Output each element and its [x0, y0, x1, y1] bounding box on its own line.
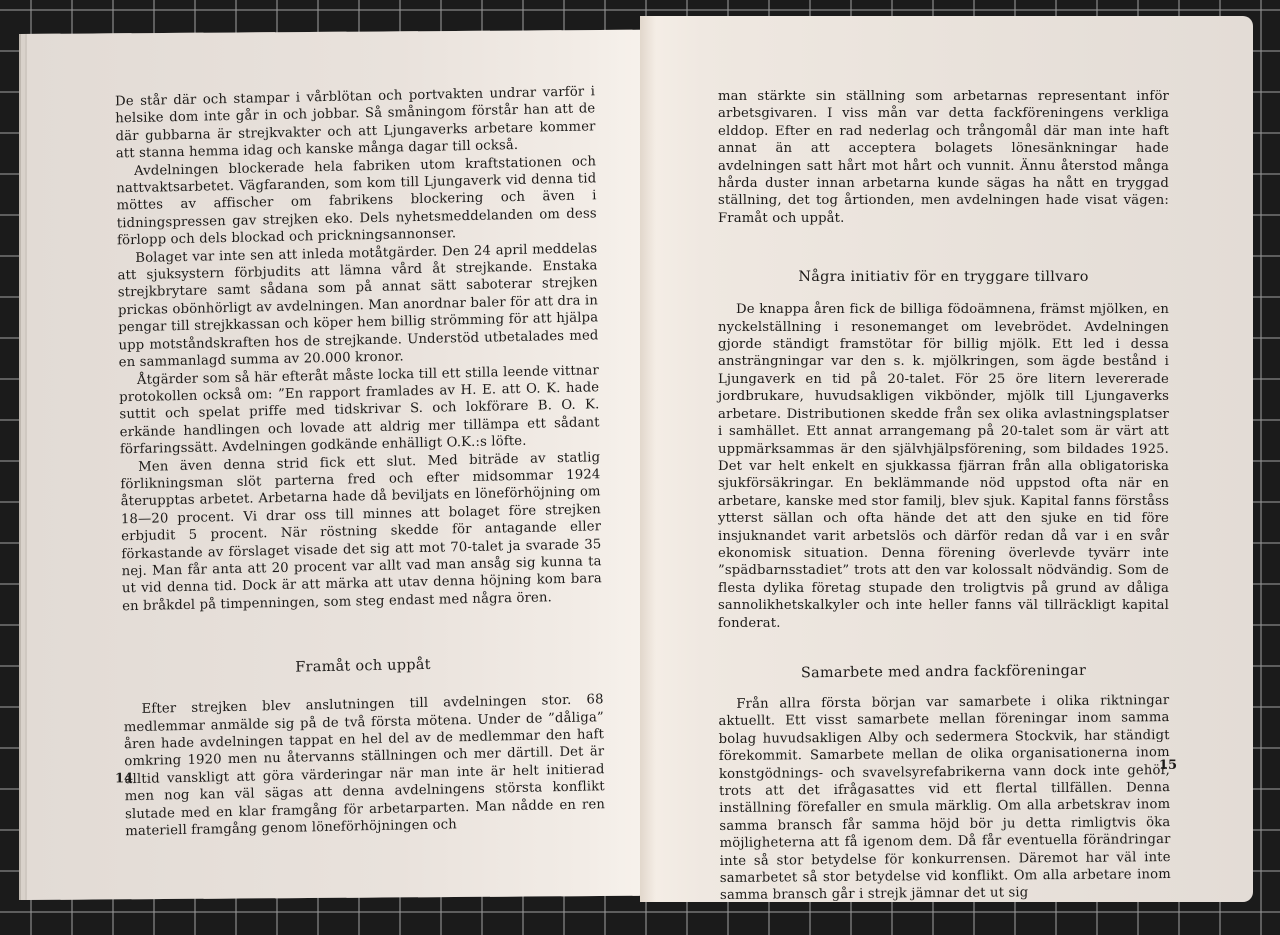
page-number: 14: [115, 771, 133, 786]
paragraph: Åtgärder som så här efteråt måste locka …: [119, 362, 600, 459]
book-spine: [640, 16, 656, 902]
left-page: De står där och stampar i vårblötan och …: [25, 30, 645, 900]
left-page-body: De står där och stampar i vårblötan och …: [115, 83, 605, 840]
paragraph: Efter strejken blev anslutningen till av…: [123, 691, 605, 840]
right-page-lower: Samarbete med andra fackföreningar Från …: [718, 662, 1171, 905]
right-page: man stärkte sin ställning som arbetarnas…: [640, 16, 1253, 902]
paragraph: Från allra första början var samarbete i…: [718, 692, 1171, 905]
paragraph: Avdelningen blockerade hela fabriken uto…: [116, 153, 597, 250]
section-heading: Några initiativ för en tryggare tillvaro: [718, 269, 1169, 285]
paragraph: Bolaget var inte sen att inleda motåtgär…: [117, 240, 599, 372]
section-heading: Samarbete med andra fackföreningar: [718, 662, 1169, 682]
page-number: 15: [1159, 758, 1177, 773]
paragraph: De knappa åren fick de billiga födoämnen…: [718, 301, 1169, 632]
paragraph: De står där och stampar i vårblötan och …: [115, 83, 596, 163]
paragraph: Men även denna strid fick ett slut. Med …: [120, 449, 602, 616]
paragraph: man stärkte sin ställning som arbetarnas…: [718, 88, 1169, 227]
section-heading: Framåt och uppåt: [123, 653, 603, 679]
